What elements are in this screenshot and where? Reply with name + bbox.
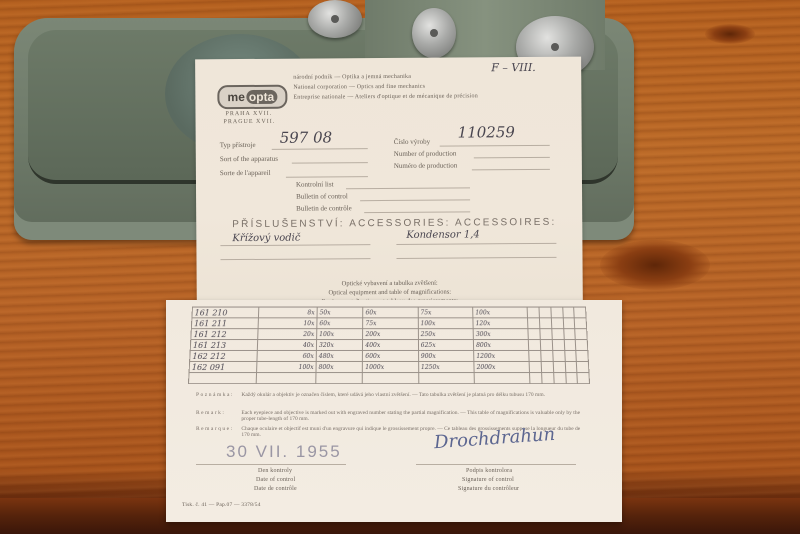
optics-title-en: Optical equipment and table of magnifica…	[197, 288, 583, 298]
type-value: 597 08	[280, 128, 333, 146]
value-cell: 1250x	[418, 361, 474, 372]
empty-cell	[553, 350, 565, 361]
remark-key: Remark:	[196, 410, 240, 416]
objective-cell: 161 212	[191, 329, 258, 340]
empty-cell	[574, 307, 586, 318]
serial-line	[472, 169, 550, 171]
date-stamp: 30 VII. 1955	[226, 442, 342, 462]
value-cell: 300x	[473, 329, 529, 340]
empty-cell	[528, 318, 540, 329]
date-label-fr: Date de contrôle	[254, 486, 297, 492]
table-row: 161 211 10x 60x 75x 100x 120x	[191, 318, 586, 329]
footer-print-code: Tisk. č. 41 — Pap.07 — 3378/54	[182, 502, 261, 508]
control-label-fr: Bulletin de contrôle	[296, 204, 352, 212]
company-line-fr: Entreprise nationale — Ateliers d'optiqu…	[293, 93, 478, 100]
corner-note: F – VIII.	[491, 61, 536, 74]
empty-cell	[563, 318, 575, 329]
value-cell: 800x	[473, 340, 529, 351]
control-line	[346, 187, 470, 189]
serial-label-fr: Numéro de production	[394, 162, 457, 170]
inspection-certificate-lower: 161 210 8x 50x 60x 75x 100x 161 211 10x …	[166, 300, 622, 522]
value-cell: 250x	[418, 329, 473, 340]
mag-cell: 8x	[258, 307, 317, 318]
table-row: 162 212 60x 480x 600x 900x 1200x	[190, 350, 589, 361]
empty-cell	[540, 329, 552, 340]
focus-knob-icon[interactable]	[412, 8, 456, 58]
empty-cell	[574, 318, 586, 329]
accessory-line	[220, 244, 370, 246]
objective-cell: 162 212	[190, 350, 258, 361]
empty-cell	[529, 340, 541, 351]
empty-cell	[540, 318, 552, 329]
value-cell: 2000x	[474, 361, 530, 372]
empty-cell	[551, 318, 563, 329]
empty-cell	[575, 329, 587, 340]
empty-cell	[540, 340, 552, 351]
accessory-line	[397, 257, 557, 259]
signature-label-en: Signature of control	[462, 477, 514, 483]
accessory-line	[396, 243, 556, 245]
serial-label-cz: Číslo výroby	[394, 138, 430, 146]
empty-cell	[551, 307, 563, 318]
empty-cell	[562, 307, 574, 318]
accessory-item: Kondensor 1,4	[406, 229, 480, 241]
control-label-cz: Kontrolní list	[296, 180, 334, 188]
empty-cell	[576, 350, 588, 361]
accessory-item: Křížový vodič	[232, 233, 300, 244]
objective-cell: 162 091	[189, 361, 257, 372]
serial-line	[440, 145, 550, 147]
date-label-en: Date of control	[256, 477, 295, 483]
table-row: 162 091 100x 800x 1000x 1250x 2000x	[189, 361, 589, 372]
value-cell: 400x	[363, 340, 418, 351]
value-cell: 100x	[317, 329, 363, 340]
value-cell: 100x	[418, 318, 473, 329]
empty-cell	[575, 340, 587, 351]
wood-knot	[600, 240, 710, 290]
remark-cz: Poznámka: Každý okulár a objektiv je ozn…	[196, 392, 581, 398]
empty-cell	[577, 361, 589, 372]
mag-cell: 10x	[258, 318, 317, 329]
remark-key: Remarque:	[196, 426, 240, 432]
control-label-en: Bulletin of control	[296, 192, 348, 200]
wood-knot	[705, 24, 755, 44]
remark-text: Each eyepiece and objective is marked ou…	[241, 410, 581, 422]
company-line-en: National corporation — Optics and fine m…	[293, 84, 425, 91]
objective-cell: 161 213	[190, 340, 257, 351]
logo-part-opta: opta	[246, 90, 277, 104]
inspection-certificate-upper: F – VIII. meopta PRAHA XVII. PRAGUE XVII…	[195, 57, 583, 316]
value-cell: 625x	[418, 340, 474, 351]
magnification-table: 161 210 8x 50x 60x 75x 100x 161 211 10x …	[188, 307, 590, 385]
city-en: PRAGUE XVII.	[224, 119, 276, 125]
serial-label-en: Number of production	[394, 150, 457, 158]
value-cell: 50x	[317, 307, 363, 318]
table-row-empty	[188, 373, 589, 384]
type-line	[286, 176, 368, 178]
value-cell: 100x	[473, 307, 528, 318]
value-cell: 1000x	[363, 361, 419, 372]
value-cell: 600x	[363, 350, 419, 361]
table-row: 161 210 8x 50x 60x 75x 100x	[192, 307, 586, 318]
accessories-heading: PŘÍSLUŠENSTVÍ: ACCESSORIES: ACCESSOIRES:	[232, 217, 556, 230]
date-line	[196, 464, 346, 465]
logo-part-me: me	[227, 90, 244, 104]
table-row: 161 213 40x 320x 400x 625x 800x	[190, 340, 588, 351]
objective-cell: 161 210	[192, 307, 259, 318]
empty-cell	[564, 350, 576, 361]
mag-cell: 40x	[257, 340, 316, 351]
empty-cell	[563, 329, 575, 340]
serial-value: 110259	[458, 123, 515, 141]
empty-cell	[541, 361, 553, 372]
empty-cell	[528, 329, 540, 340]
mag-cell: 100x	[257, 361, 317, 372]
value-cell: 200x	[363, 329, 418, 340]
mag-cell: 20x	[258, 329, 317, 340]
value-cell: 75x	[363, 318, 418, 329]
value-cell: 75x	[418, 307, 473, 318]
empty-cell	[552, 329, 564, 340]
empty-cell	[539, 307, 551, 318]
value-cell: 120x	[473, 318, 528, 329]
serial-line	[474, 157, 550, 159]
control-line	[364, 211, 470, 213]
empty-cell	[553, 361, 565, 372]
remark-text: Každý okulár a objektiv je označen čísle…	[241, 392, 581, 398]
remark-key: Poznámka:	[196, 392, 240, 398]
value-cell: 320x	[316, 340, 363, 351]
signature-label-fr: Signature du contrôleur	[458, 486, 519, 492]
value-cell: 800x	[316, 361, 363, 372]
accessory-line	[221, 258, 371, 260]
company-line-cz: národní podnik — Optika a jemná mechanik…	[293, 74, 411, 81]
empty-cell	[529, 350, 541, 361]
objective-cell: 161 211	[191, 318, 258, 329]
meopta-logo: meopta	[217, 85, 287, 109]
value-cell: 60x	[363, 307, 418, 318]
type-line	[292, 162, 368, 164]
empty-cell	[530, 361, 542, 372]
table-row: 161 212 20x 100x 200x 250x 300x	[191, 329, 587, 340]
empty-cell	[528, 307, 540, 318]
type-label-cz: Typ přístroje	[220, 141, 256, 149]
value-cell: 480x	[316, 350, 363, 361]
empty-cell	[541, 350, 553, 361]
mag-cell: 60x	[257, 350, 316, 361]
control-line	[360, 199, 470, 201]
empty-cell	[565, 361, 577, 372]
signature-line	[416, 464, 576, 465]
empty-cell	[552, 340, 564, 351]
type-line	[272, 148, 368, 150]
focus-knob-icon[interactable]	[308, 0, 362, 38]
date-label-cz: Den kontroly	[258, 468, 292, 474]
value-cell: 900x	[418, 350, 474, 361]
value-cell: 60x	[317, 318, 363, 329]
type-label-en: Sort of the apparatus	[220, 155, 278, 163]
type-label-fr: Sorte de l'appareil	[220, 169, 271, 177]
value-cell: 1200x	[474, 350, 530, 361]
signature-label-cz: Podpis kontrolora	[466, 468, 512, 474]
city-cz: PRAHA XVII.	[225, 111, 272, 117]
optics-title-cz: Optické vybavení a tabulka zvětšení:	[197, 279, 583, 289]
remark-en: Remark: Each eyepiece and objective is m…	[196, 410, 581, 422]
empty-cell	[564, 340, 576, 351]
